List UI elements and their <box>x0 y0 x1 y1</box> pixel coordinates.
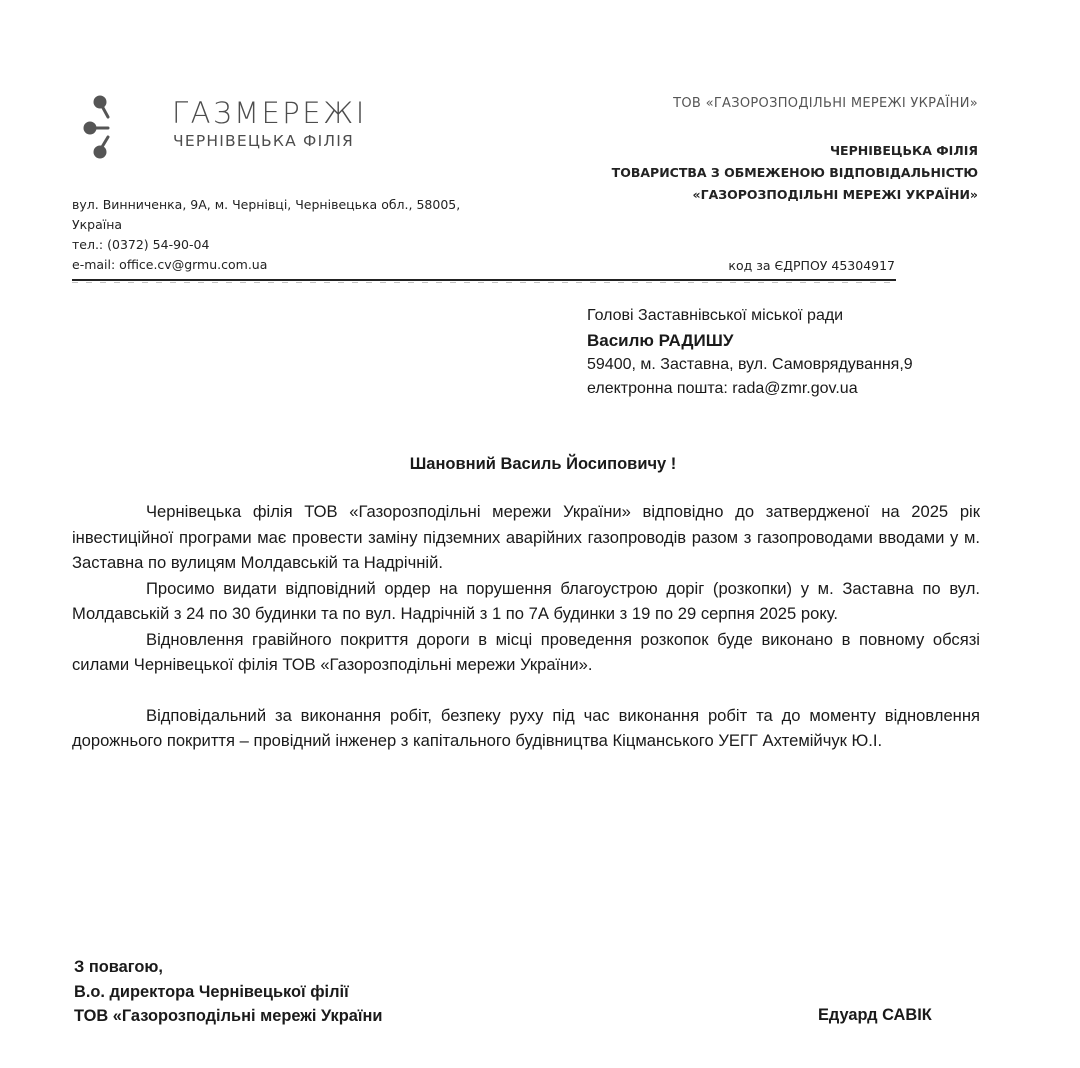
letter-body: Чернівецька філія ТОВ «Газорозподільні м… <box>72 499 980 754</box>
letterhead-divider-shadow <box>72 282 896 283</box>
sender-email: e-mail: office.cv@grmu.com.ua <box>72 257 267 272</box>
signature-title-line1: В.о. директора Чернівецької філії <box>74 983 349 1002</box>
sender-address-line2: Україна <box>72 217 122 232</box>
greeting: Шановний Василь Йосиповичу ! <box>0 455 1080 474</box>
letterhead-divider <box>72 279 896 281</box>
logo-subtitle: ЧЕРНІВЕЦЬКА ФІЛІЯ <box>173 132 354 150</box>
recipient-address: 59400, м. Заставна, вул. Самоврядування,… <box>587 356 913 374</box>
recipient-position: Голові Заставнівської міської ради <box>587 307 843 325</box>
body-paragraph: Чернівецька філія ТОВ «Газорозподільні м… <box>72 499 980 576</box>
gas-network-nodes-icon <box>78 92 128 162</box>
company-branch-line3: «ГАЗОРОЗПОДІЛЬНІ МЕРЕЖІ УКРАЇНИ» <box>693 187 978 202</box>
recipient-email: електронна пошта: rada@zmr.gov.ua <box>587 380 858 398</box>
body-paragraph: Відновлення гравійного покриття дороги в… <box>72 627 980 678</box>
signature-closing: З повагою, <box>74 958 163 977</box>
company-branch-line1: ЧЕРНІВЕЦЬКА ФІЛІЯ <box>830 143 978 158</box>
company-edrpou: код за ЄДРПОУ 45304917 <box>728 258 895 273</box>
recipient-name: Василю РАДИШУ <box>587 331 733 351</box>
signer-name: Едуард САВІК <box>818 1006 932 1025</box>
logo-title: ГАЗМЕРЕЖІ <box>172 96 367 130</box>
body-paragraph: Відповідальний за виконання робіт, безпе… <box>72 703 980 754</box>
company-branch-line2: ТОВАРИСТВА З ОБМЕЖЕНОЮ ВІДПОВІДАЛЬНІСТЮ <box>612 165 978 180</box>
sender-phone: тел.: (0372) 54-90-04 <box>72 237 209 252</box>
company-short-name: ТОВ «ГАЗОРОЗПОДІЛЬНІ МЕРЕЖІ УКРАЇНИ» <box>673 96 978 111</box>
body-paragraph: Просимо видати відповідний ордер на пору… <box>72 576 980 627</box>
signature-title-line2: ТОВ «Газорозподільні мережі України <box>74 1007 382 1026</box>
sender-address-line1: вул. Винниченка, 9А, м. Чернівці, Чернів… <box>72 197 460 212</box>
